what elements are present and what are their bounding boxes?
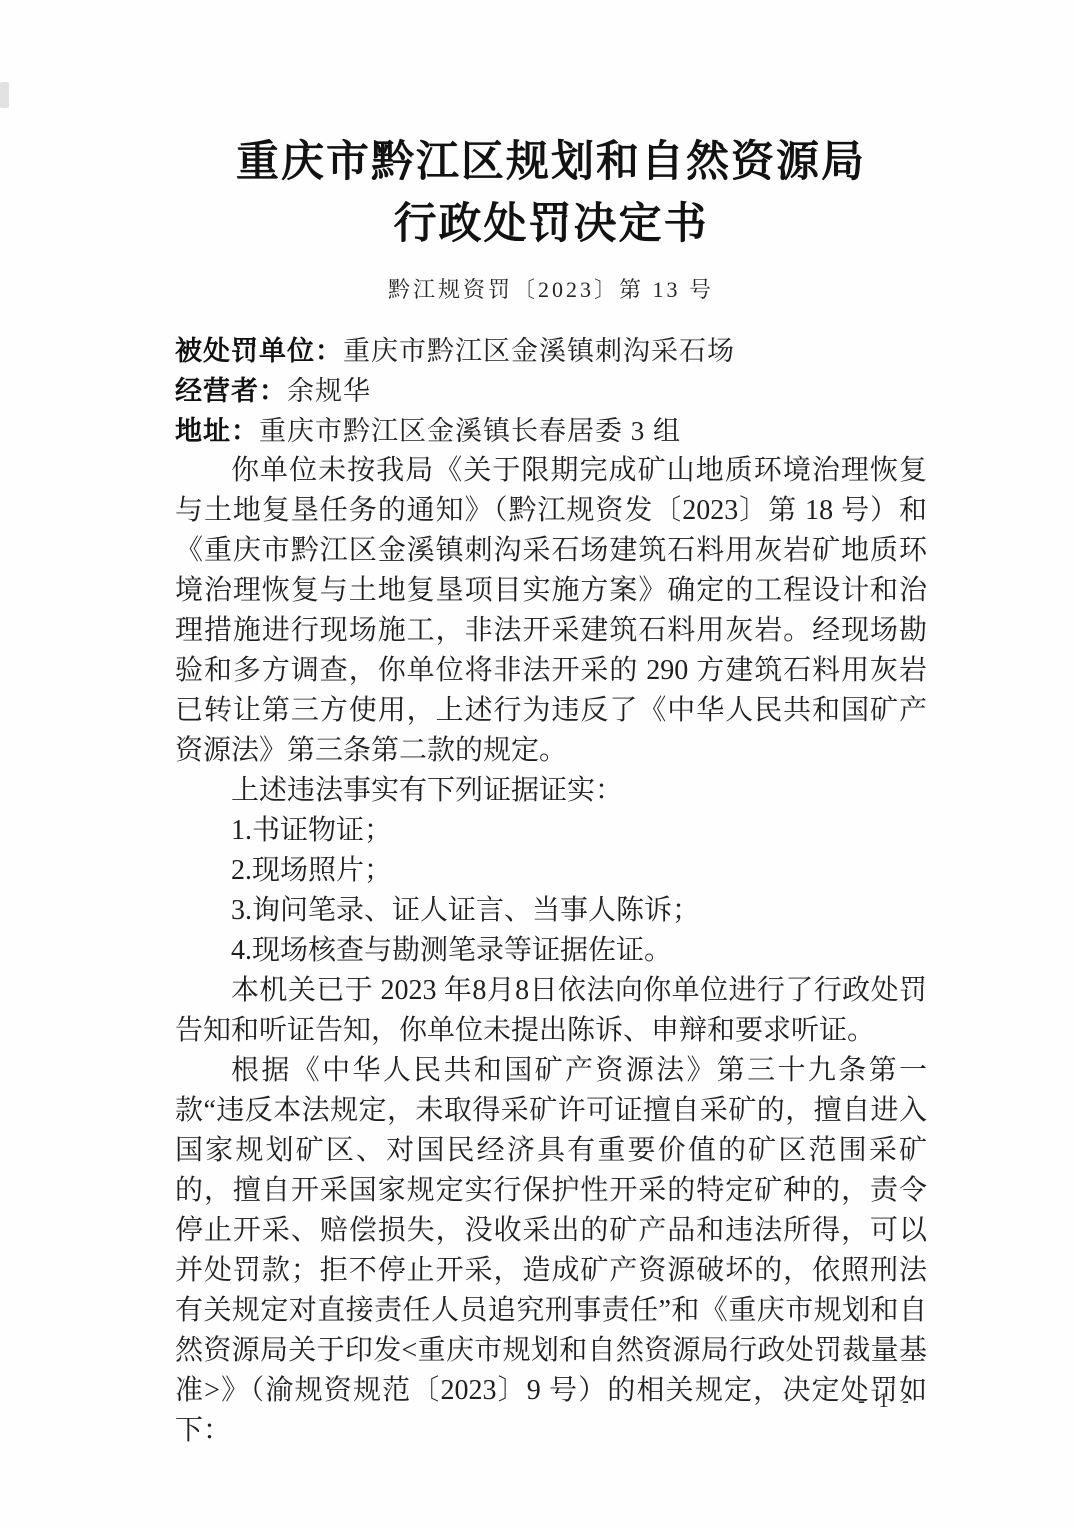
- operator-value: 余规华: [287, 376, 371, 406]
- operator-line: 经营者：余规华: [175, 371, 927, 411]
- page-number: - 1 -: [858, 1388, 913, 1413]
- document-title: 重庆市黔江区规划和自然资源局 行政处罚决定书: [175, 132, 927, 256]
- document-number: 黔江规资罚〔2023〕第 13 号: [175, 273, 927, 304]
- penalized-unit-label: 被处罚单位：: [175, 336, 343, 366]
- document-page: 重庆市黔江区规划和自然资源局 行政处罚决定书 黔江规资罚〔2023〕第 13 号…: [0, 0, 1074, 1528]
- notice-paragraph: 本机关已于 2023 年8月8日依法向你单位进行了行政处罚告知和听证告知，你单位…: [175, 971, 927, 1051]
- evidence-item-1: 1.书证物证；: [175, 811, 927, 851]
- document-content: 重庆市黔江区规划和自然资源局 行政处罚决定书 黔江规资罚〔2023〕第 13 号…: [175, 132, 927, 1451]
- document-body: 你单位未按我局《关于限期完成矿山地质环境治理恢复与土地复垦任务的通知》（黔江规资…: [175, 451, 927, 1451]
- address-value: 重庆市黔江区金溪镇长春居委 3 组: [259, 416, 681, 446]
- title-line-2: 行政处罚决定书: [175, 194, 927, 256]
- penalized-unit-value: 重庆市黔江区金溪镇刺沟采石场: [343, 336, 735, 366]
- operator-label: 经营者：: [175, 376, 287, 406]
- legal-basis-paragraph: 根据《中华人民共和国矿产资源法》第三十九条第一款“违反本法规定，未取得采矿许可证…: [175, 1051, 927, 1451]
- facts-paragraph: 你单位未按我局《关于限期完成矿山地质环境治理恢复与土地复垦任务的通知》（黔江规资…: [175, 451, 927, 771]
- address-line: 地址：重庆市黔江区金溪镇长春居委 3 组: [175, 411, 927, 451]
- party-info: 被处罚单位：重庆市黔江区金溪镇刺沟采石场 经营者：余规华 地址：重庆市黔江区金溪…: [175, 331, 927, 451]
- title-line-1: 重庆市黔江区规划和自然资源局: [175, 132, 927, 194]
- evidence-item-3: 3.询问笔录、证人证言、当事人陈诉；: [175, 891, 927, 931]
- penalized-unit-line: 被处罚单位：重庆市黔江区金溪镇刺沟采石场: [175, 331, 927, 371]
- scan-artifact: [0, 82, 9, 108]
- evidence-item-2: 2.现场照片；: [175, 851, 927, 891]
- evidence-intro: 上述违法事实有下列证据证实：: [175, 771, 927, 811]
- address-label: 地址：: [175, 416, 259, 446]
- evidence-item-4: 4.现场核查与勘测笔录等证据佐证。: [175, 931, 927, 971]
